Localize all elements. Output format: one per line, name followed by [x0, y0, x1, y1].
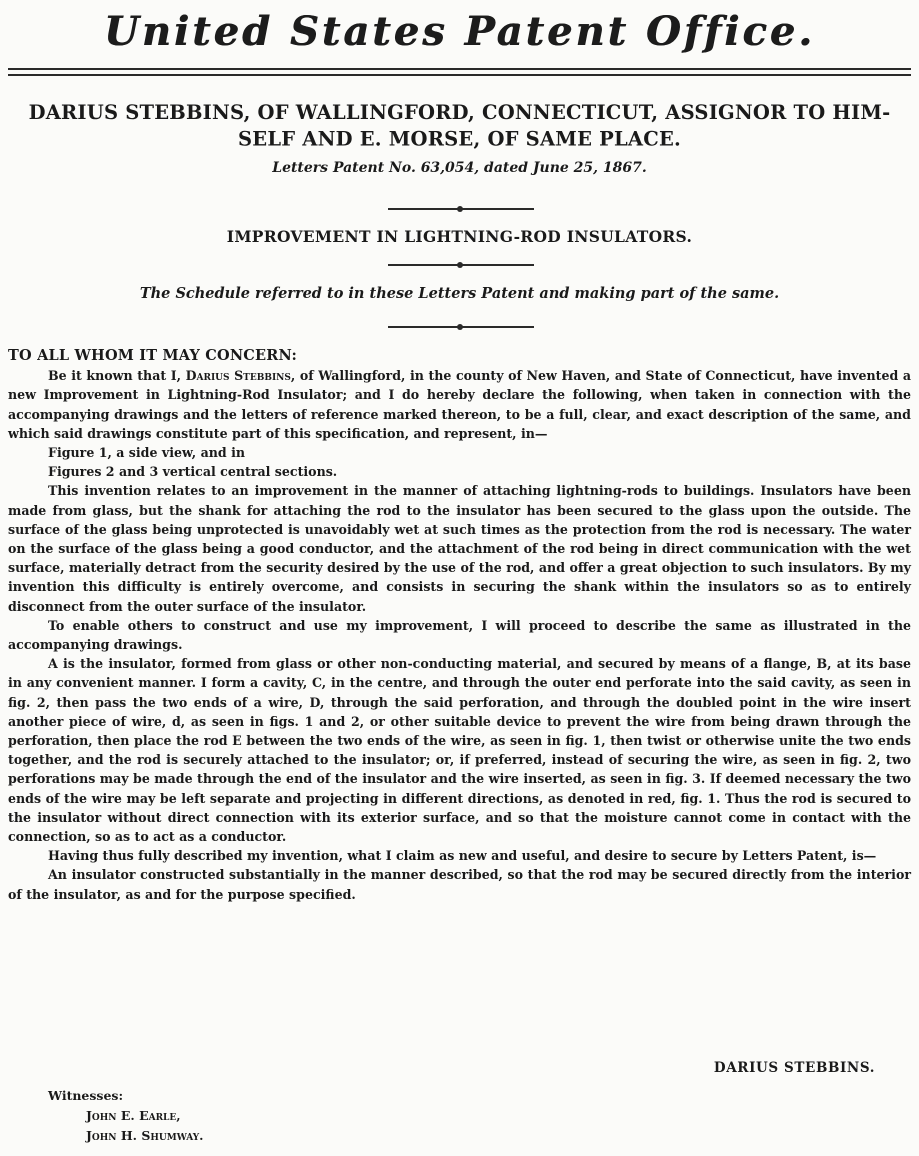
paragraph-background: This invention relates to an improvement… [8, 481, 911, 615]
patent-document: United States Patent Office. DARIUS STEB… [0, 0, 919, 1156]
inventor-heading-line-2: SELF AND E. MORSE, OF SAME PLACE. [0, 126, 919, 153]
schedule-line: The Schedule referred to in these Letter… [0, 285, 919, 302]
witness-name: John E. Earle, [48, 1106, 204, 1126]
masthead-title: United States Patent Office. [0, 8, 919, 55]
specification-body: TO ALL WHOM IT MAY CONCERN: Be it known … [8, 346, 911, 904]
salutation: TO ALL WHOM IT MAY CONCERN: [8, 346, 911, 365]
witnesses-block: Witnesses: John E. Earle, John H. Shumwa… [48, 1086, 204, 1146]
rule-line [8, 74, 911, 76]
ornamental-rule [388, 208, 534, 210]
ornamental-rule [388, 264, 534, 266]
patent-number-line: Letters Patent No. 63,054, dated June 25… [0, 160, 919, 176]
paragraph-description: A is the insulator, formed from glass or… [8, 654, 911, 846]
double-rule-divider [8, 68, 911, 76]
inventor-heading-line-1: DARIUS STEBBINS, OF WALLINGFORD, CONNECT… [0, 99, 919, 126]
inventor-name-inline: Darius Stebbins [186, 368, 291, 383]
ornamental-rule [388, 326, 534, 328]
figures-2-3-description: Figures 2 and 3 vertical central section… [8, 462, 911, 481]
paragraph-intro: Be it known that I, Darius Stebbins, of … [8, 366, 911, 443]
inventor-signature: DARIUS STEBBINS. [714, 1060, 875, 1076]
paragraph-claim-intro: Having thus fully described my invention… [8, 846, 911, 865]
subject-heading: IMPROVEMENT IN LIGHTNING-ROD INSULATORS. [0, 227, 919, 246]
rule-line [8, 68, 911, 70]
intro-text-start: Be it known that I, [48, 368, 186, 383]
figure-1-description: Figure 1, a side view, and in [8, 443, 911, 462]
inventor-heading: DARIUS STEBBINS, OF WALLINGFORD, CONNECT… [0, 99, 919, 152]
witnesses-label: Witnesses: [48, 1086, 204, 1106]
paragraph-claim: An insulator constructed substantially i… [8, 865, 911, 903]
witness-name: John H. Shumway. [48, 1126, 204, 1146]
paragraph-enable: To enable others to construct and use my… [8, 616, 911, 654]
